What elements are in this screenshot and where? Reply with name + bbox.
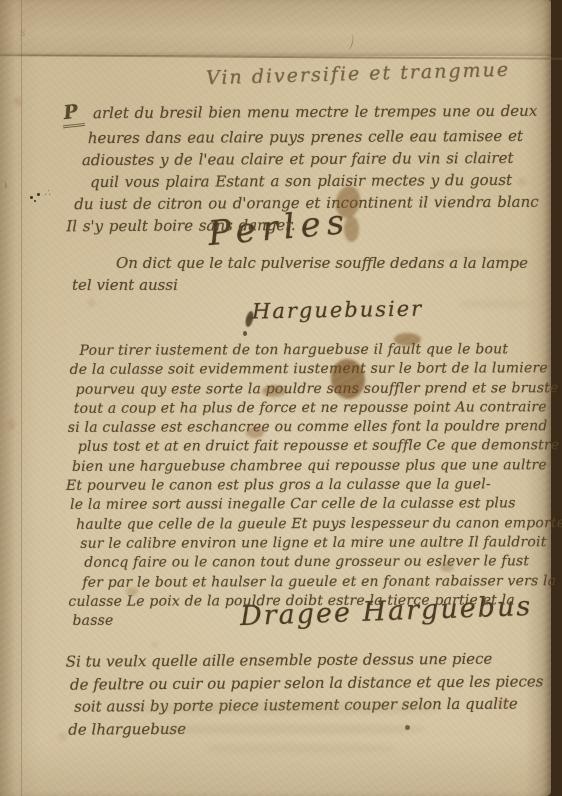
manuscript-line: Et pourveu le canon est plus gros a la c…	[66, 475, 562, 496]
manuscript-line: tout a coup et ha plus de force et ne re…	[74, 398, 562, 419]
corner-pencil-mark: s	[20, 26, 26, 39]
binding-crease	[21, 0, 22, 796]
foxing-spot	[152, 642, 158, 647]
ink-stain	[126, 587, 138, 596]
initial-letter: P	[60, 100, 85, 128]
margin-dots-mark: ∴	[44, 188, 50, 199]
ink-dot	[30, 196, 33, 199]
foxing-spot	[8, 420, 15, 429]
manuscript-line: Il s'y peult boire sans danger.	[66, 213, 539, 237]
manuscript-line: heures dans eau claire puys prenes celle…	[88, 125, 539, 149]
show-through-ghost	[140, 703, 440, 714]
manuscript-line: si la culasse est eschancree ou comme el…	[68, 417, 562, 438]
ink-dot	[34, 200, 36, 202]
heading-harguebusier: Harguebusier	[252, 297, 424, 324]
ink-stain	[344, 216, 359, 242]
binding-gutter	[0, 0, 28, 796]
ink-stain	[262, 385, 286, 397]
manuscript-line: Pour tirer iustement de ton harguebuse i…	[79, 340, 562, 361]
manuscript-line: culasse Le poix de la pouldre doibt estr…	[68, 591, 562, 612]
manuscript-line: du iust de citron ou d'orange et inconti…	[74, 191, 539, 215]
show-through-ghost	[205, 744, 395, 753]
foxing-spot	[88, 300, 95, 306]
foxing-spot	[478, 468, 485, 474]
manuscript-line: quil vous plaira Estant a son plaisir me…	[90, 169, 539, 193]
manuscript-line-text: arlet du bresil bien menu mectre le trem…	[93, 102, 537, 122]
show-through-ghost	[460, 300, 530, 308]
recipe-paragraph-pearls: On dict que le talc pulverise souffle de…	[72, 253, 528, 296]
manuscript-line: basse	[72, 610, 562, 631]
ink-dot	[37, 193, 40, 196]
manuscript-photo: Vin diversifie et trangmue Perles Hargue…	[0, 0, 562, 796]
manuscript-line: adioustes y de l'eau claire et pour fair…	[82, 147, 539, 171]
manuscript-line: sur le calibre environ une ligne et la m…	[80, 533, 562, 554]
manuscript-line: haulte que celle de la gueule Et puys le…	[76, 514, 562, 535]
manuscript-line: le la miree sort aussi inegalle Car cell…	[70, 495, 562, 516]
manuscript-page: Vin diversifie et trangmue Perles Hargue…	[0, 0, 551, 796]
manuscript-line: Si tu veulx quelle aille ensemble poste …	[66, 647, 544, 673]
ink-stain	[246, 427, 264, 438]
foxing-spot	[497, 698, 509, 708]
manuscript-line: bien une harguebuse chambree qui repouss…	[72, 456, 562, 477]
manuscript-line: Parlet du bresil bien menu mectre le tre…	[62, 99, 539, 127]
foxing-spot	[518, 178, 527, 186]
foxing-spot	[58, 733, 67, 741]
manuscript-line: doncq faire ou le canon tout dune grosse…	[84, 552, 562, 573]
heading-wine-transmuted: Vin diversifie et trangmue	[206, 59, 511, 89]
ink-stain	[440, 562, 454, 572]
recipe-paragraph-wine: Parlet du bresil bien menu mectre le tre…	[62, 99, 539, 237]
manuscript-line: de la culasse soit evidemment iustement …	[70, 359, 562, 380]
manuscript-line: tel vient aussi	[72, 275, 528, 297]
recipe-paragraph-arquebus: Pour tirer iustement de ton harguebuse i…	[67, 340, 562, 631]
manuscript-line: pourveu quy este sorte la pouldre sans s…	[76, 379, 562, 400]
foxing-spot	[14, 98, 22, 105]
show-through-ghost	[430, 250, 525, 259]
manuscript-line: de feultre ou cuir ou papier selon la di…	[70, 670, 544, 696]
show-through-ghost	[155, 724, 425, 734]
manuscript-line: fer par le bout et haulser la gueule et …	[82, 572, 562, 593]
manuscript-line: plus tost et at en druict fait repousse …	[78, 437, 562, 458]
ink-blot	[243, 331, 247, 336]
ink-stain	[394, 333, 421, 346]
leaf-edge-top	[0, 0, 551, 56]
